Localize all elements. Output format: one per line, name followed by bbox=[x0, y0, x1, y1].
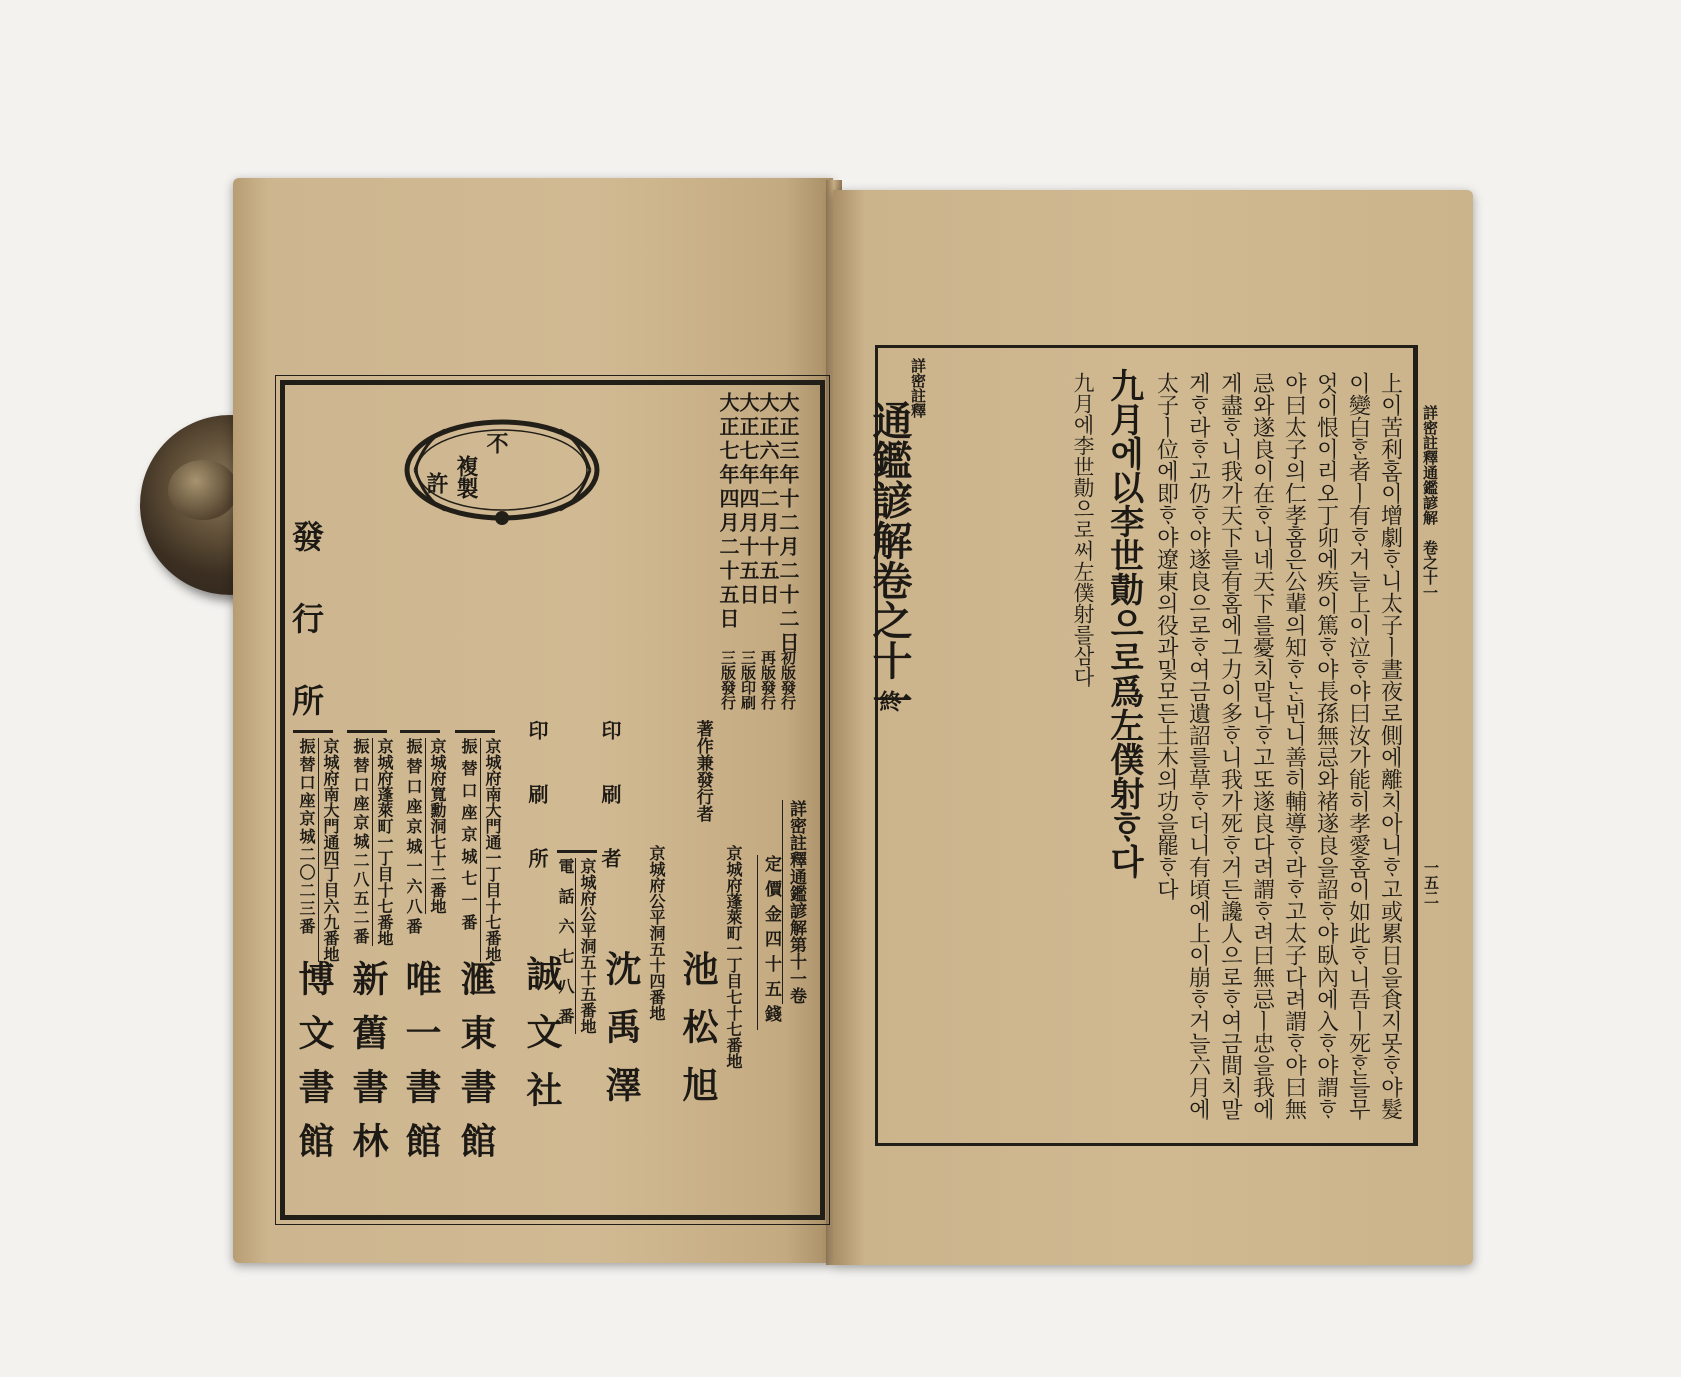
running-head: 詳密註釋通鑑諺解 卷之十一 bbox=[1422, 405, 1437, 600]
seller-account: 振替口座京城一六八番 bbox=[405, 738, 421, 938]
seller-account: 振替口座京城七一番 bbox=[460, 738, 476, 936]
edition-date: 大正三年十二月二十二日 bbox=[778, 392, 798, 656]
printer-address: 京城府公平洞五十四番地 bbox=[648, 845, 664, 1021]
printer-name: 沈禹澤 bbox=[603, 950, 639, 1124]
edition-label: 初版發行 bbox=[780, 650, 795, 710]
body-line: 忌와遂良이在ᄒᆞ니네天下를憂치말나ᄒᆞ고또遂良다려謂ᄒᆞ려曰無忌ㅣ忠을我에 bbox=[1250, 372, 1272, 1120]
seller-address: 京城府南大門通一丁目十七番地 bbox=[480, 738, 500, 962]
section-heading-translation: 九月에李世勣으로써左僕射를삼다 bbox=[1072, 372, 1094, 687]
seal-text-2: 複製 bbox=[455, 455, 477, 499]
seller-account: 振替口座京城二八五二番 bbox=[352, 738, 368, 947]
printer-role: 印刷者 bbox=[600, 720, 620, 912]
body-line: 게盡ᄒᆞ니我가天下를有홈에그力이多ᄒᆞ니我가死ᄒᆞ거든讒人으로ᄒᆞ여금間치말 bbox=[1218, 372, 1240, 1120]
book-title-box: 詳密註釋通鑑諺解第十一卷 bbox=[782, 800, 804, 1004]
edition-date: 大正六年二月十五日 bbox=[758, 392, 778, 608]
edition-date: 大正七年四月二十五日 bbox=[718, 392, 738, 632]
price: 定價金四十五錢 bbox=[757, 855, 779, 1030]
edition-date: 大正七年四月十五日 bbox=[738, 392, 758, 608]
seller-address: 京城府寬勳洞七十二番地 bbox=[425, 738, 445, 914]
seller-address: 京城府蓬萊町一丁目十七番地 bbox=[372, 738, 392, 946]
seller-name: 滙東書館 bbox=[458, 960, 494, 1176]
seal-text-3: 許 bbox=[425, 472, 447, 494]
seller-address: 京城府南大門通四丁目六九番地 bbox=[318, 738, 338, 962]
volume-title: 通鑑諺解卷之十一 bbox=[868, 400, 910, 720]
edition-label: 三版印刷 bbox=[740, 650, 755, 710]
author-role: 著作兼發行者 bbox=[690, 720, 714, 980]
print-shop-role: 印刷所 bbox=[527, 720, 547, 912]
section-heading: 九月에以李世勣으로爲左僕射ᄒᆞ다 bbox=[1105, 368, 1141, 878]
edition-label: 三版發行 bbox=[720, 650, 735, 710]
body-line: 야曰太子의仁孝홈은公輩의知ᄒᆞᄂᆞᆫ빈니善히輔導ᄒᆞ라ᄒᆞ고太子다려謂ᄒᆞ야曰無 bbox=[1282, 372, 1304, 1120]
seller-name: 唯一書館 bbox=[403, 960, 439, 1176]
print-shop-name: 誠文社 bbox=[524, 955, 560, 1129]
volume-end-mark: 終 bbox=[878, 690, 900, 712]
seller-name: 博文書館 bbox=[296, 960, 332, 1176]
body-line: 엇이恨이리오丁卯에疾이篤ᄒᆞ야長孫無忌와褚遂良을詔ᄒᆞ야臥內에入ᄒᆞ야謂ᄒᆞ bbox=[1314, 372, 1336, 1120]
author-address: 京城府蓬萊町一丁目七十七番地 bbox=[725, 845, 741, 1069]
author-name: 池松旭 bbox=[680, 950, 716, 1124]
body-line: 이變白ᄒᆞᆫ者ㅣ有ᄒᆞ거늘上이泣ᄒᆞ야曰汝가能히孝愛홈이如此ᄒᆞ니吾ㅣ死ᄒᆞᆫ들… bbox=[1346, 372, 1368, 1120]
seal-ornament-icon bbox=[395, 410, 610, 530]
body-line: 게ᄒᆞ라ᄒᆞ고仍ᄒᆞ야遂良으로ᄒᆞ여금遺詔를草ᄒᆞ더니有頃에上이崩ᄒᆞ거늘六月에 bbox=[1186, 372, 1208, 1120]
body-line: 上이苦利홈이增劇ᄒᆞ니太子ㅣ晝夜로側에離치아니ᄒᆞ고或累日을食지못ᄒᆞ야髮 bbox=[1378, 372, 1400, 1120]
seller-name: 新舊書林 bbox=[350, 960, 386, 1176]
seal-text-1: 不 bbox=[485, 432, 507, 454]
print-shop-address: 京城府公平洞五十五番地 bbox=[575, 858, 595, 1034]
page-number: 一五二 bbox=[1423, 860, 1438, 905]
body-line: 太子ㅣ位에即ᄒᆞ야遼東의役과및모든土木의功을罷ᄒᆞ다 bbox=[1154, 372, 1176, 900]
seller-account: 振替口座京城二〇二三番 bbox=[298, 738, 314, 936]
edition-label: 再版發行 bbox=[760, 650, 775, 710]
